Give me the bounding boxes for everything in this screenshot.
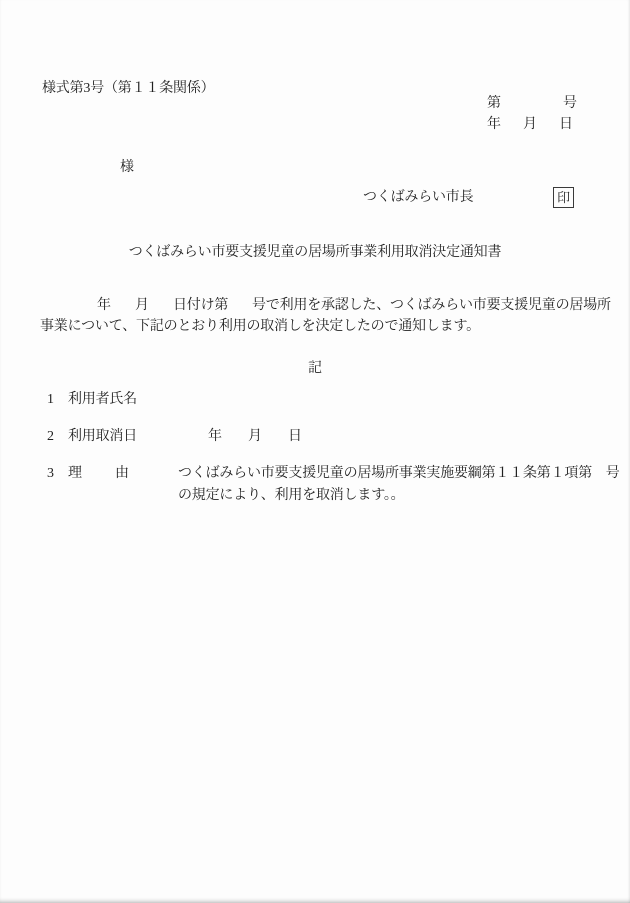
item2-label: 利用取消日 bbox=[68, 430, 137, 444]
date-month-label: 月 bbox=[523, 118, 537, 132]
item3-reason-line2: の規定により、利用を取消します。。 bbox=[178, 489, 404, 503]
addressee-honorific: 様 bbox=[120, 161, 134, 175]
document-title: つくばみらい市要支援児童の居場所事業利用取消決定通知書 bbox=[0, 246, 630, 260]
item1-number: 1 bbox=[47, 393, 54, 407]
item2-number: 2 bbox=[47, 430, 54, 444]
seal-mark: 印 bbox=[557, 191, 570, 204]
item3-reason-line1: つくばみらい市要支援児童の居場所事業実施要綱第１１条第１項第 号 bbox=[178, 467, 620, 481]
body-line1-year-label: 年 bbox=[97, 299, 111, 313]
doc-number-suffix: 号 bbox=[563, 97, 577, 111]
notice-document-page: 様式第3号（第１１条関係） 第 号 年 月 日 様 つくばみらい市長 印 つくば… bbox=[0, 0, 630, 903]
body-line1-day-segment: 日付け第 bbox=[173, 299, 228, 313]
body-line1-month-label: 月 bbox=[135, 299, 149, 313]
item1-label: 利用者氏名 bbox=[68, 393, 137, 407]
date-day-label: 日 bbox=[559, 118, 573, 132]
item3-label-char2: 由 bbox=[115, 467, 129, 481]
date-year-label: 年 bbox=[487, 118, 501, 132]
body-line1-rest: 号で利用を承認した、つくばみらい市要支援児童の居場所 bbox=[252, 299, 611, 313]
doc-number-prefix: 第 bbox=[487, 97, 501, 111]
item2-year-label: 年 bbox=[208, 430, 222, 444]
body-line2: 事業について、下記のとおり利用の取消しを決定したので通知します。 bbox=[40, 320, 480, 334]
seal-stamp-box: 印 bbox=[553, 187, 574, 208]
form-number: 様式第3号（第１１条関係） bbox=[42, 82, 214, 96]
item2-day-label: 日 bbox=[288, 430, 302, 444]
item2-month-label: 月 bbox=[248, 430, 262, 444]
item3-number: 3 bbox=[47, 467, 54, 481]
record-marker: 記 bbox=[0, 362, 630, 376]
item3-label-char1: 理 bbox=[68, 467, 82, 481]
sender-title: つくばみらい市長 bbox=[363, 191, 473, 205]
